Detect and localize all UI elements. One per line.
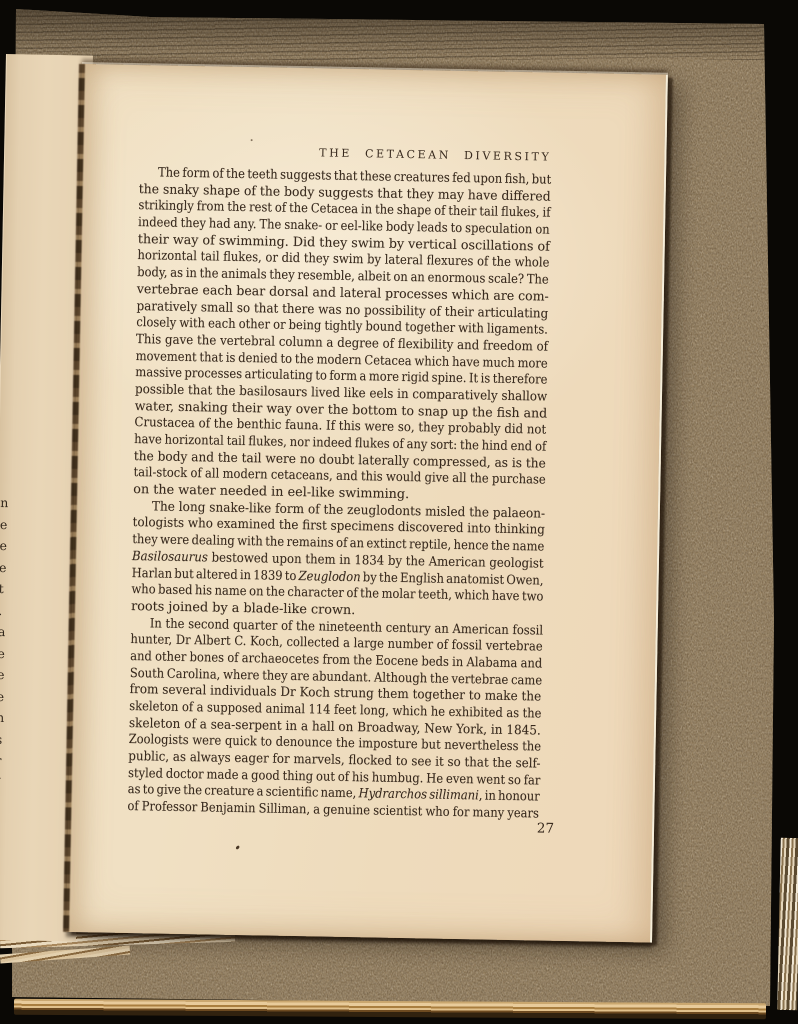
cut-off-letter: f: [0, 771, 11, 793]
cut-off-letter: e: [0, 685, 13, 707]
ink-fleck: [235, 845, 240, 850]
cut-off-letter: s: [0, 728, 12, 750]
cut-off-letter: e: [0, 535, 16, 557]
cut-off-letter: l: [0, 793, 11, 815]
cut-off-letter: n: [0, 707, 12, 729]
cut-off-letter: t: [0, 578, 15, 600]
cut-off-letter: e: [0, 642, 14, 664]
book-page: THE CETACEAN DIVERSITY The form of the t…: [66, 64, 668, 943]
cut-off-letter: e: [0, 513, 16, 535]
cut-off-text-column: neeet.aeeensrfl: [0, 492, 17, 815]
cut-off-letter: a: [0, 621, 14, 643]
page-stack-right-edge: [777, 838, 798, 1010]
cut-off-letter: e: [0, 556, 15, 578]
photo-stage: neeet.aeeensrfl THE CETACEAN DIVERSITY T…: [0, 0, 798, 1024]
cut-off-letter: .: [0, 599, 15, 621]
board-right-edge-highlight: [774, 20, 776, 980]
cut-off-letter: r: [0, 750, 12, 772]
body-text: The form of the teeth suggests that thes…: [127, 165, 551, 823]
ink-speck: [251, 139, 253, 141]
page-stack-bottom-edge: [14, 999, 766, 1020]
running-head: THE CETACEAN DIVERSITY: [139, 143, 551, 164]
cut-off-letter: e: [0, 664, 13, 686]
board-top-striations: [0, 0, 780, 60]
cut-off-letter: n: [0, 492, 16, 514]
